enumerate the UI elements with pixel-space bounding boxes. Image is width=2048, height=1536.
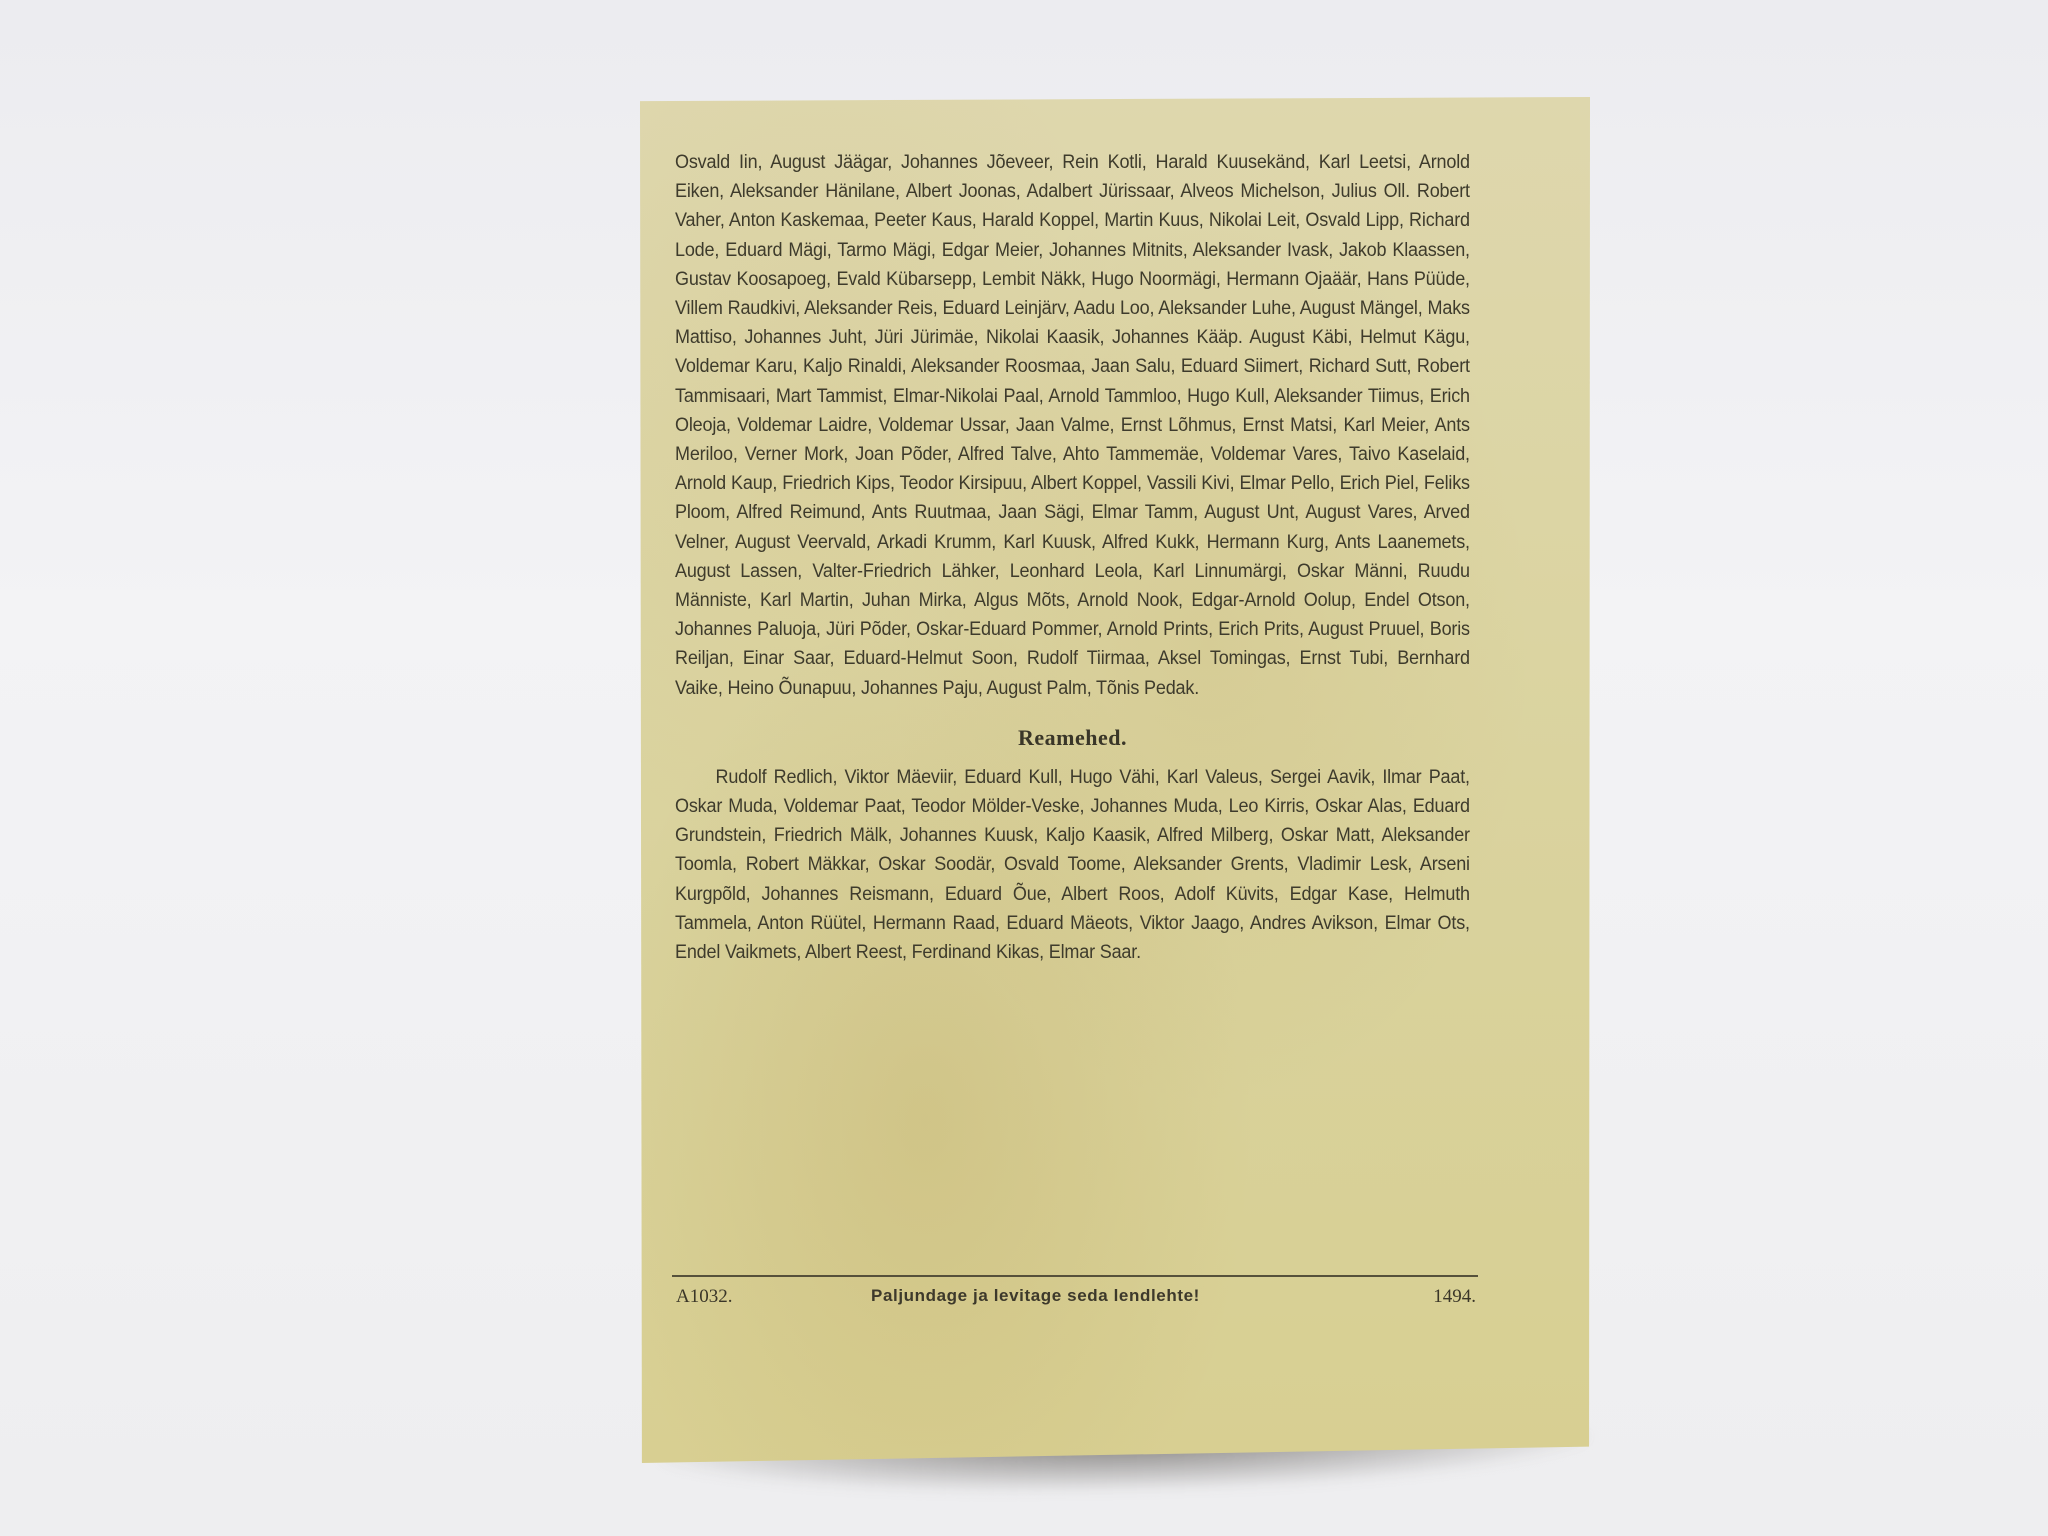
leaflet-body: Osvald Iin, August Jäägar, Johannes Jõev… <box>675 148 1470 967</box>
footer-rule <box>672 1275 1478 1277</box>
print-code: A1032. <box>676 1286 732 1308</box>
page-number: 1494. <box>1433 1286 1476 1308</box>
footer-slogan: Paljundage ja levitage seda lendlehte! <box>871 1286 1200 1306</box>
privates-name-list-paragraph: Rudolf Redlich, Viktor Mäeviir, Eduard K… <box>675 763 1470 967</box>
name-list-paragraph: Osvald Iin, August Jäägar, Johannes Jõev… <box>675 148 1470 703</box>
leaflet-footer: A1032. Paljundage ja levitage seda lendl… <box>676 1286 1476 1316</box>
section-heading: Reamehed. <box>675 725 1470 751</box>
